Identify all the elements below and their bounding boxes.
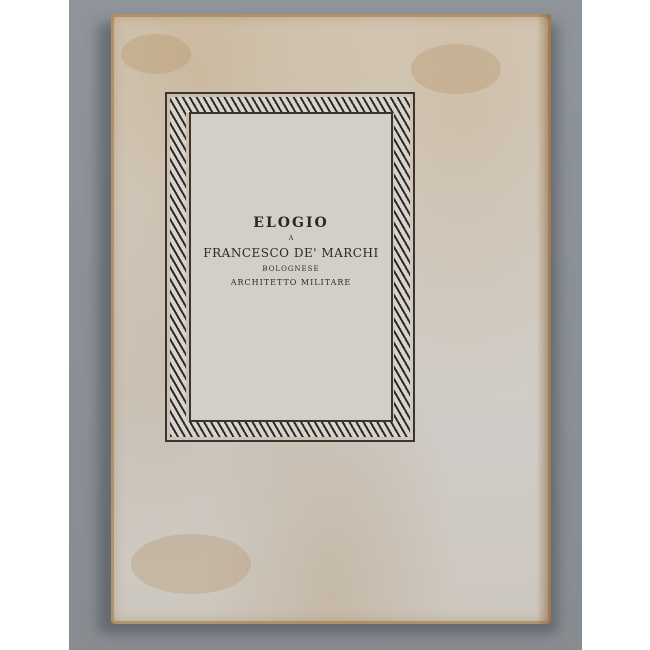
title-block: ELOGIO A FRANCESCO DE' MARCHI BOLOGNESE … [189,215,393,287]
foxing-stain [131,534,251,594]
worn-right-edge [537,14,551,624]
foxing-stain [411,44,501,94]
title-origin: BOLOGNESE [189,265,393,273]
title-preposition: A [189,235,393,242]
title-subject-name: FRANCESCO DE' MARCHI [189,246,393,260]
title-profession: ARCHITETTO MILITARE [189,278,393,287]
foxing-stain [121,34,191,74]
title-elogio: ELOGIO [189,215,393,231]
